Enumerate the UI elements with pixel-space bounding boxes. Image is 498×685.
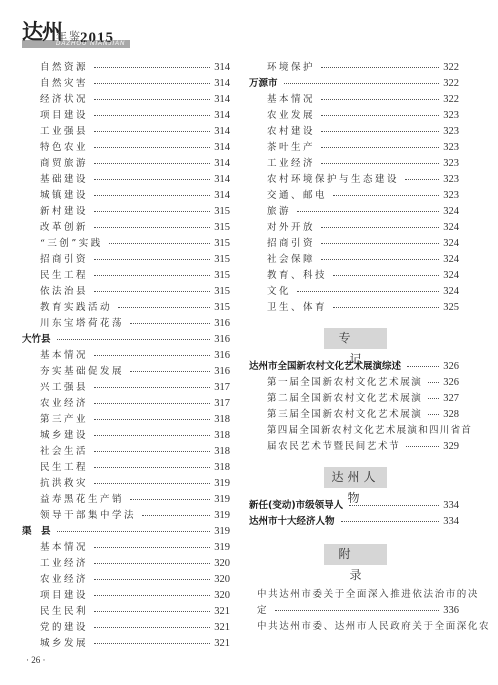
toc-entry[interactable]: 改革创新315 <box>22 220 230 236</box>
toc-entry[interactable]: 教育、科技324 <box>249 268 459 284</box>
leader-dots <box>297 291 439 292</box>
toc-entry[interactable]: 夯实基础促发展316 <box>22 364 230 380</box>
leader-dots <box>94 467 210 468</box>
leader-dots <box>94 275 210 276</box>
leader-dots <box>94 627 210 628</box>
yearbook-header: 达州 年鉴 2015 DAZHOU NIANJIAN <box>22 14 134 48</box>
toc-entry[interactable]: 对外开放324 <box>249 220 459 236</box>
toc-heading-wanyuan[interactable]: 万源市322 <box>249 76 459 92</box>
toc-entry[interactable]: 农村建设323 <box>249 124 459 140</box>
leader-dots <box>321 99 439 100</box>
leader-dots <box>57 339 211 340</box>
leader-dots <box>94 211 210 212</box>
toc-entry[interactable]: 文化324 <box>249 284 459 300</box>
appendix-entry[interactable]: 定336 <box>249 603 459 619</box>
toc-entry[interactable]: 民生民利321 <box>22 604 230 620</box>
toc-heading-art-festival[interactable]: 达州市全国新农村文化艺术展演综述326 <box>249 359 459 375</box>
leader-dots <box>94 259 210 260</box>
leader-dots <box>428 414 439 415</box>
toc-entry[interactable]: 基本情况316 <box>22 348 230 364</box>
toc-entry[interactable]: 招商引资324 <box>249 236 459 252</box>
toc-entry[interactable]: 城乡建设318 <box>22 428 230 444</box>
leader-dots <box>94 547 210 548</box>
leader-dots <box>405 179 439 180</box>
leader-dots <box>94 579 210 580</box>
leader-dots <box>94 643 210 644</box>
toc-entry-line1[interactable]: 第四届全国新农村文化艺术展演和四川省首 <box>249 423 459 439</box>
toc-entry[interactable]: 城乡发展321 <box>22 636 230 652</box>
toc-entry[interactable]: 社会保障324 <box>249 252 459 268</box>
section-title-special-records: 专记 <box>324 328 387 349</box>
leader-dots <box>321 115 439 116</box>
section-title-dazhou-people: 达州人物 <box>324 467 387 488</box>
toc-entry[interactable]: 民生工程318 <box>22 460 230 476</box>
leader-dots <box>94 355 210 356</box>
leader-dots <box>321 227 439 228</box>
leader-dots <box>94 611 210 612</box>
toc-entry[interactable]: 项目建设320 <box>22 588 230 604</box>
leader-dots <box>94 67 210 68</box>
toc-entry[interactable]: 领导干部集中学法319 <box>22 508 230 524</box>
leader-dots <box>94 227 210 228</box>
leader-dots <box>142 515 210 516</box>
leader-dots <box>321 163 439 164</box>
toc-entry[interactable]: 农业经济320 <box>22 572 230 588</box>
toc-entry[interactable]: 基本情况322 <box>249 92 459 108</box>
toc-entry[interactable]: 依法治县315 <box>22 284 230 300</box>
leader-dots <box>94 291 210 292</box>
leader-dots <box>94 563 210 564</box>
toc-entry[interactable]: 农业发展323 <box>249 108 459 124</box>
appendix-list: 中共达州市委关于全面深入推进依法治市的决 定336 中共达州市委、达州市人民政府… <box>249 587 459 635</box>
toc-entry[interactable]: “三创”实践315 <box>22 236 230 252</box>
toc-entry[interactable]: 第二届全国新农村文化艺术展演327 <box>249 391 459 407</box>
toc-entry[interactable]: 教育实践活动315 <box>22 300 230 316</box>
section-title-appendix: 附录 <box>324 544 387 565</box>
leader-dots <box>341 521 440 522</box>
leader-dots <box>349 505 439 506</box>
page-number: · 26 · <box>26 655 46 665</box>
appendix-entry-line1[interactable]: 中共达州市委关于全面深入推进依法治市的决 <box>249 587 459 603</box>
toc-entry[interactable]: 卫生、体育325 <box>249 300 459 316</box>
toc-heading-top-economic-figures[interactable]: 达州市十大经济人物334 <box>249 514 459 530</box>
toc-entry[interactable]: 农业经济317 <box>22 396 230 412</box>
toc-entry[interactable]: 自然灾害314 <box>22 76 230 92</box>
leader-dots <box>407 366 439 367</box>
leader-dots <box>333 275 439 276</box>
leader-dots <box>94 163 210 164</box>
toc-entry[interactable]: 经济状况314 <box>22 92 230 108</box>
leader-dots <box>428 382 439 383</box>
leader-dots <box>94 179 210 180</box>
leader-dots <box>321 147 439 148</box>
leader-dots <box>428 398 439 399</box>
leader-dots <box>94 435 210 436</box>
leader-dots <box>130 323 210 324</box>
leader-dots <box>333 307 439 308</box>
toc-entry[interactable]: 抗洪救灾319 <box>22 476 230 492</box>
leader-dots <box>321 243 439 244</box>
leader-dots <box>130 499 210 500</box>
leader-dots <box>94 387 210 388</box>
leader-dots <box>275 610 439 611</box>
header-pinyin: DAZHOU NIANJIAN <box>56 40 125 48</box>
toc-entry[interactable]: 农村环境保护与生态建设323 <box>249 172 459 188</box>
toc-entry[interactable]: 工业强县314 <box>22 124 230 140</box>
toc-entry[interactable]: 工业经济320 <box>22 556 230 572</box>
leader-dots <box>118 307 210 308</box>
leader-dots <box>94 403 210 404</box>
toc-entry[interactable]: 第三届全国新农村文化艺术展演328 <box>249 407 459 423</box>
toc-entry[interactable]: 基础建设314 <box>22 172 230 188</box>
leader-dots <box>321 67 439 68</box>
toc-heading-qu-county[interactable]: 渠 县319 <box>22 524 230 540</box>
leader-dots <box>333 195 439 196</box>
leader-dots <box>109 243 211 244</box>
leader-dots <box>94 131 210 132</box>
leader-dots <box>94 483 210 484</box>
leader-dots <box>321 259 439 260</box>
toc-entry[interactable]: 新村建设315 <box>22 204 230 220</box>
leader-dots <box>94 147 210 148</box>
leader-dots <box>94 595 210 596</box>
leader-dots <box>94 83 210 84</box>
toc-entry[interactable]: 自然资源314 <box>22 60 230 76</box>
toc-entry[interactable]: 益寿黑花生产销319 <box>22 492 230 508</box>
toc-entry[interactable]: 基本情况319 <box>22 540 230 556</box>
toc-entry[interactable]: 环境保护322 <box>249 60 459 76</box>
leader-dots <box>94 451 210 452</box>
toc-entry[interactable]: 工业经济323 <box>249 156 459 172</box>
appendix-entry-line1[interactable]: 中共达州市委、达州市人民政府关于全面深化农 <box>249 619 459 635</box>
leader-dots <box>94 99 210 100</box>
toc-entry[interactable]: 社会生活318 <box>22 444 230 460</box>
leader-dots <box>94 419 210 420</box>
toc-entry[interactable]: 兴工强县317 <box>22 380 230 396</box>
leader-dots <box>321 131 439 132</box>
leader-dots <box>284 83 440 84</box>
toc-entry[interactable]: 第三产业318 <box>22 412 230 428</box>
toc-left-column: 自然资源314 自然灾害314 经济状况314 项目建设314 工业强县314 … <box>22 60 230 652</box>
leader-dots <box>406 446 439 447</box>
toc-entry[interactable]: 茶叶生产323 <box>249 140 459 156</box>
toc-entry[interactable]: 交通、邮电323 <box>249 188 459 204</box>
toc-entry[interactable]: 商贸旅游314 <box>22 156 230 172</box>
leader-dots <box>94 195 210 196</box>
toc-entry[interactable]: 招商引资315 <box>22 252 230 268</box>
toc-heading-dazhu[interactable]: 大竹县316 <box>22 332 230 348</box>
toc-right-column: 环境保护322 万源市322 基本情况322 农业发展323 农村建设323 茶… <box>249 60 459 635</box>
toc-entry[interactable]: 民生工程315 <box>22 268 230 284</box>
leader-dots <box>94 115 210 116</box>
toc-entry[interactable]: 第一届全国新农村文化艺术展演326 <box>249 375 459 391</box>
toc-entry[interactable]: 特色农业314 <box>22 140 230 156</box>
toc-heading-new-leaders[interactable]: 新任(变动)市级领导人334 <box>249 498 459 514</box>
toc-entry[interactable]: 城镇建设314 <box>22 188 230 204</box>
leader-dots <box>297 211 439 212</box>
toc-entry[interactable]: 党的建设321 <box>22 620 230 636</box>
toc-entry[interactable]: 川东宝塔荷花荡316 <box>22 316 230 332</box>
toc-entry[interactable]: 届农民艺术节暨民间艺术节329 <box>249 439 459 455</box>
toc-entry[interactable]: 旅游324 <box>249 204 459 220</box>
toc-entry[interactable]: 项目建设314 <box>22 108 230 124</box>
leader-dots <box>57 531 211 532</box>
leader-dots <box>130 371 210 372</box>
